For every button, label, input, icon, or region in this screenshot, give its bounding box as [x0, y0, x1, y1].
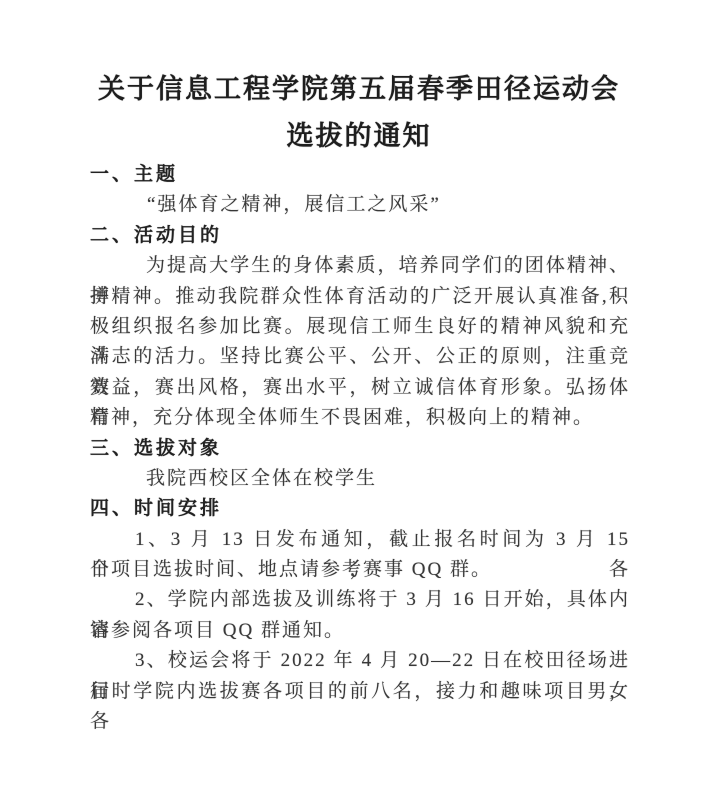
doc-line: 极组织报名参加比赛。展现信工师生良好的精神风貌和充满: [90, 312, 630, 342]
doc-line: 请参阅各项目 QQ 群通知。: [90, 616, 630, 646]
doc-line: 斗志的活力。坚持比赛公平、公开、公正的原则，注重竞赛: [90, 342, 630, 372]
document-title-line1: 关于信息工程学院第五届春季田径运动会: [0, 66, 718, 113]
section-heading: 一、主题: [90, 160, 630, 190]
doc-line: “强体育之精神，展信工之风采”: [90, 190, 630, 220]
doc-line: 搏精神。推动我院群众性体育活动的广泛开展认真准备,积: [90, 282, 630, 312]
doc-line: 2、学院内部选拔及训练将于 3 月 16 日开始，具体内容: [90, 585, 630, 615]
section-heading: 四、时间安排: [90, 494, 630, 524]
doc-line: 精神，充分体现全体师生不畏困难，积极向上的精神。: [90, 403, 630, 433]
section-heading: 二、活动目的: [90, 221, 630, 251]
doc-line: 我院西校区全体在校学生: [90, 464, 630, 494]
doc-line: 1、3 月 13 日发布通知，截止报名时间为 3 月 15 日，各: [90, 525, 630, 555]
document-title-line2: 选拔的通知: [0, 113, 718, 160]
doc-line: 届时学院内选拔赛各项目的前八名，接力和趣味项目男女各: [90, 677, 630, 707]
document-body: 一、主题“强体育之精神，展信工之风采”二、活动目的为提高大学生的身体素质，培养同…: [90, 160, 630, 707]
document-page: 关于信息工程学院第五届春季田径运动会 选拔的通知 一、主题“强体育之精神，展信工…: [0, 0, 718, 785]
doc-line: 为提高大学生的身体素质，培养同学们的团体精神、拼: [90, 251, 630, 281]
doc-line: 效益，赛出风格，赛出水平，树立诚信体育形象。弘扬体育: [90, 373, 630, 403]
section-heading: 三、选拔对象: [90, 434, 630, 464]
document-title: 关于信息工程学院第五届春季田径运动会 选拔的通知: [0, 66, 718, 160]
doc-line: 3、校运会将于 2022 年 4 月 20—22 日在校田径场进行，: [90, 646, 630, 676]
